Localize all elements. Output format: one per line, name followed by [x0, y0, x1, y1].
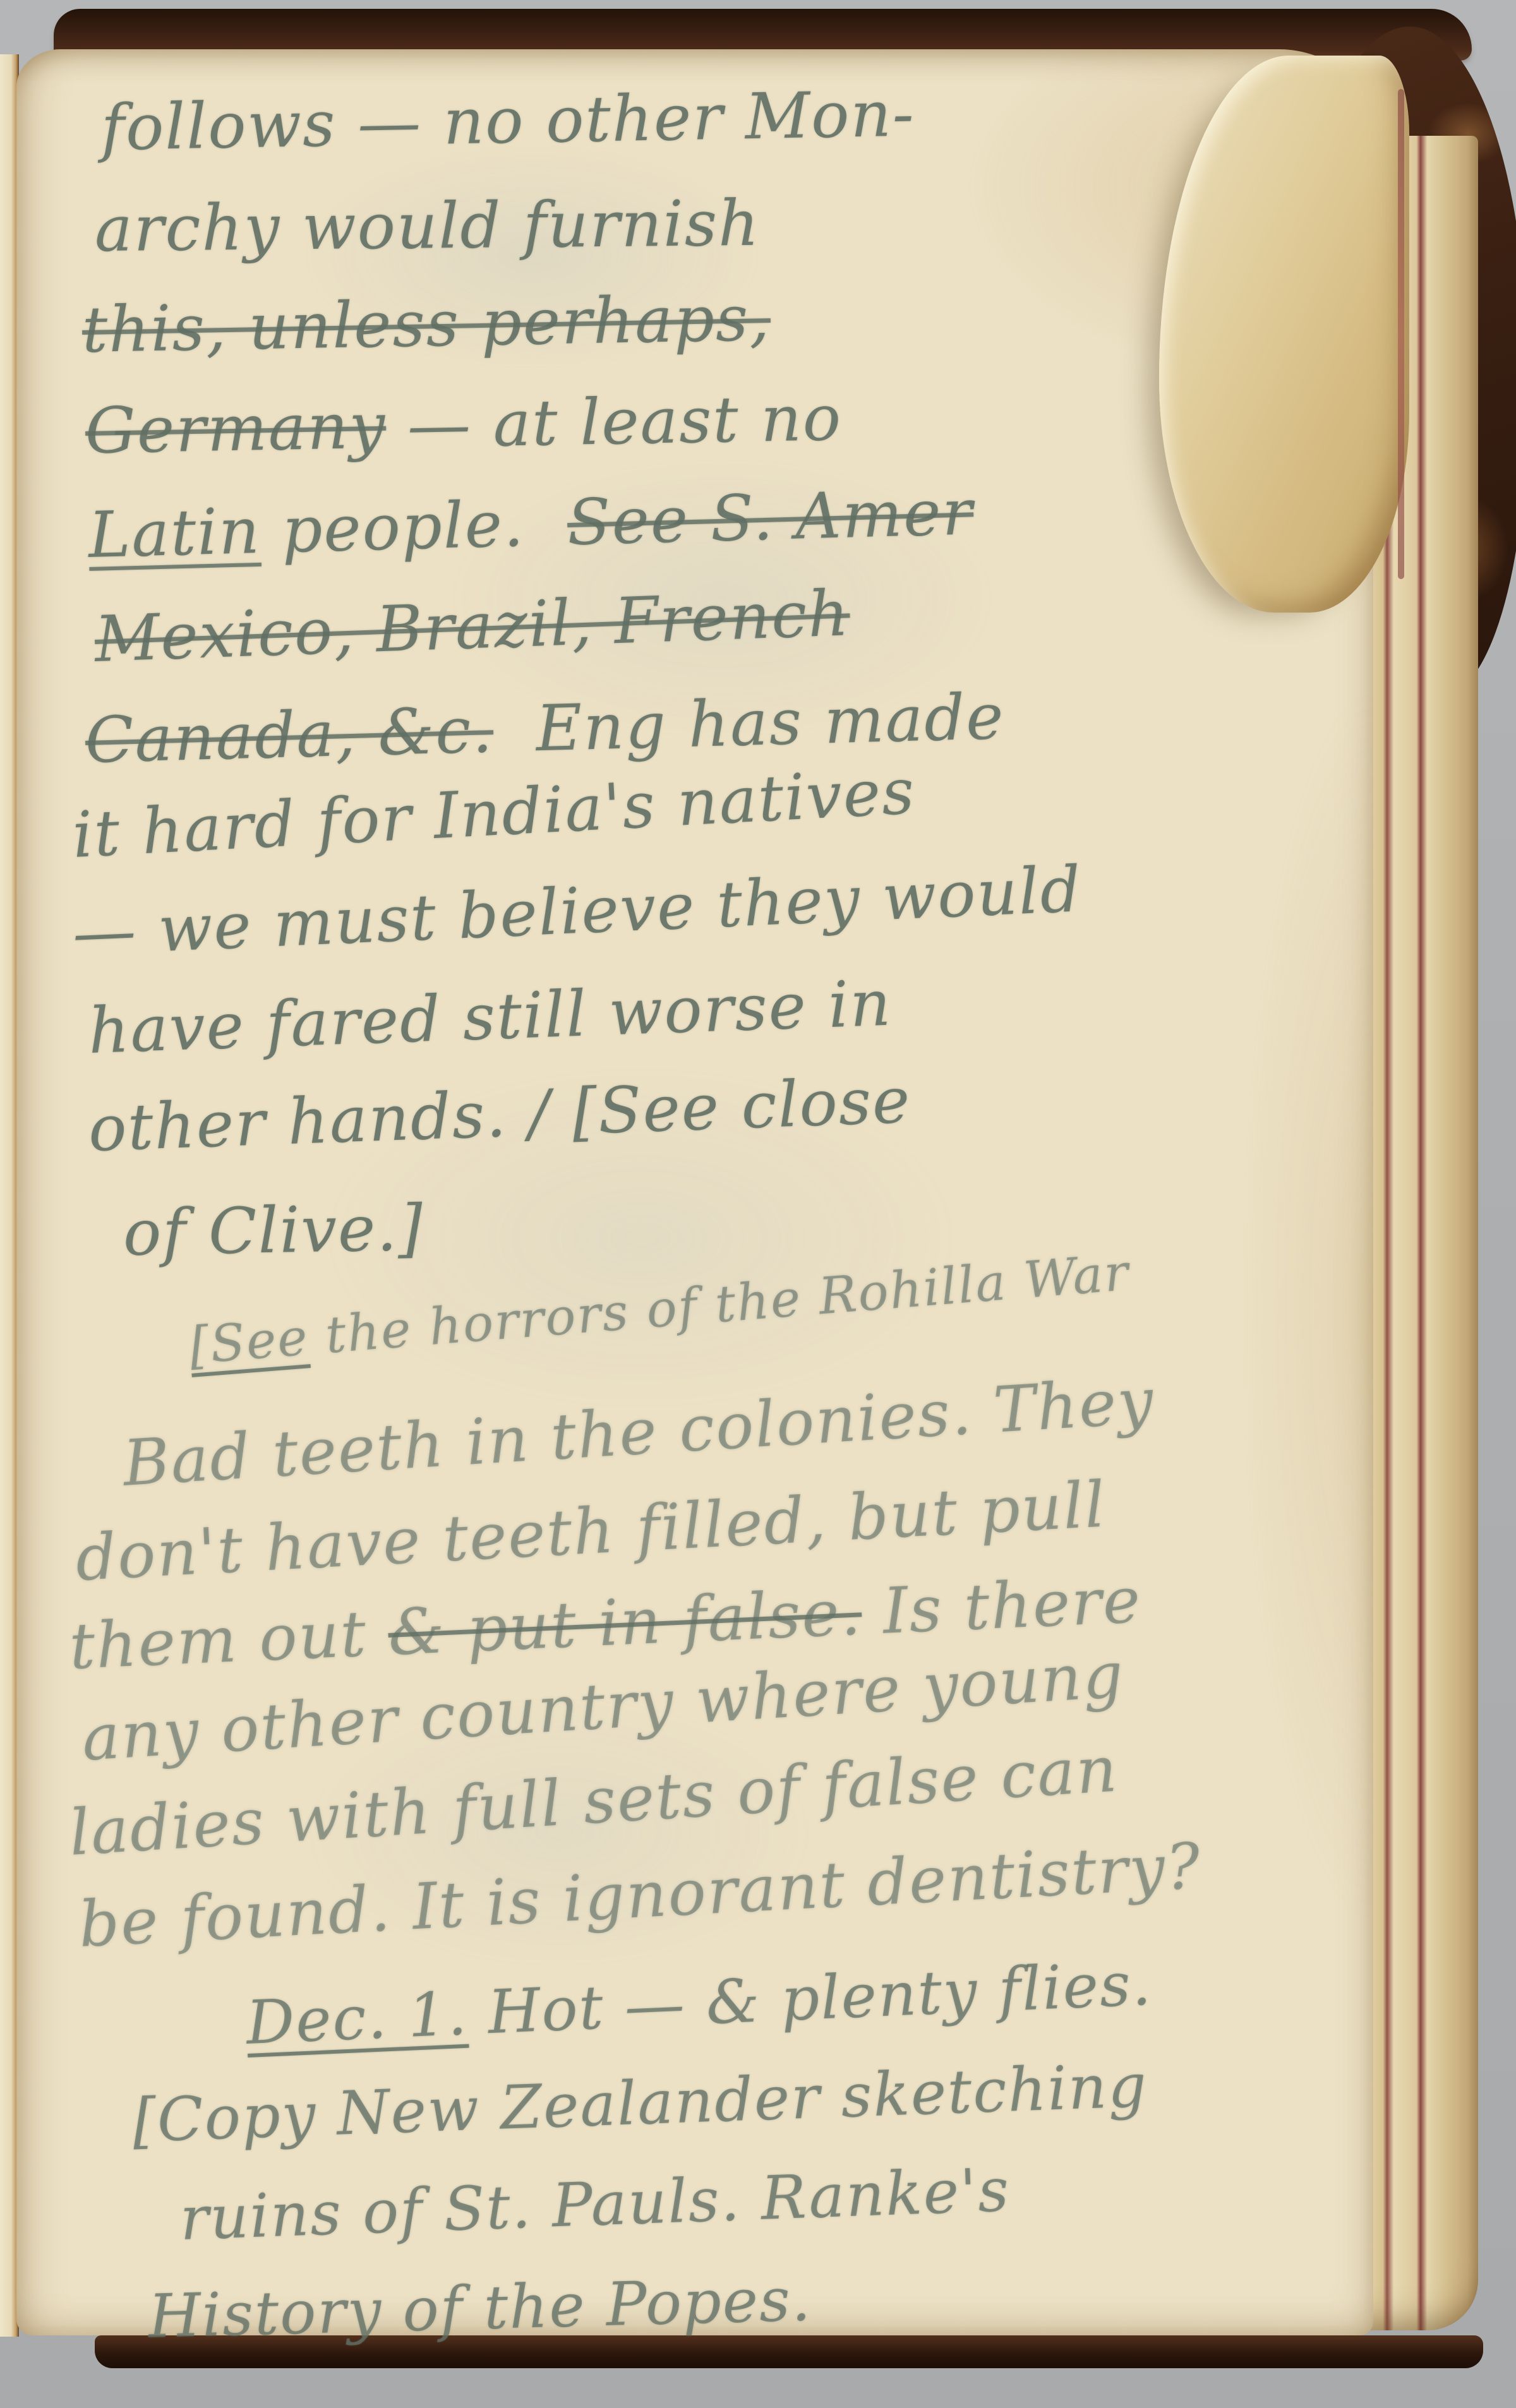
struck-text: Germany — [85, 389, 387, 468]
handwritten-text: ruins of St. Pauls. Ranke's — [179, 2155, 1011, 2254]
handwritten-text: other hands. / [See close — [87, 1063, 912, 1166]
handwritten-text: people. — [260, 486, 568, 568]
underlined-text: Latin — [87, 494, 262, 572]
handwritten-text: Eng has made — [492, 680, 1005, 767]
handwritten-line: [Copy New Zealander sketching — [131, 2055, 1148, 2153]
handwritten-text: archy would furnish — [94, 186, 760, 266]
handwritten-text: have fared still worse in — [87, 966, 893, 1068]
struck-text: this, unless perhaps, — [81, 281, 771, 367]
struck-text: See S. Amer — [567, 475, 975, 560]
handwritten-text: — at least no — [385, 381, 843, 463]
handwritten-text: them out — [68, 1596, 390, 1684]
handwritten-text: of Clive.] — [123, 1191, 424, 1270]
handwritten-line: — we must believe they would — [71, 856, 1083, 966]
handwritten-text: Hot — & plenty flies. — [466, 1949, 1153, 2048]
handwritten-text: — we must believe they would — [71, 852, 1083, 970]
handwritten-line: have fared still worse in — [87, 970, 893, 1064]
handwritten-line: other hands. / [See close — [87, 1067, 912, 1162]
underlined-text: Dec. 1. — [245, 1979, 469, 2058]
handwritten-text: the horrors of the Rohilla War — [306, 1243, 1131, 1366]
handwritten-line: Latin people. See S. Amer — [88, 479, 975, 568]
handwritten-line: follows — no other Mon- — [100, 81, 915, 161]
handwritten-text: [Copy New Zealander sketching — [131, 2051, 1149, 2156]
handwritten-line: Dec. 1. Hot — & plenty flies. — [245, 1953, 1153, 2055]
handwritten-line: archy would furnish — [95, 190, 761, 262]
handwritten-text: Is there — [860, 1563, 1143, 1649]
handwritten-line: Mexico, Brazil, French — [93, 580, 851, 673]
handwritten-line: Germany — at least no — [85, 385, 843, 464]
handwritten-line: ruins of St. Pauls. Ranke's — [179, 2159, 1011, 2251]
handwritten-line: it hard for India's natives — [71, 758, 917, 868]
struck-text: & put in false. — [387, 1575, 863, 1670]
struck-text: Mexico, Brazil, French — [93, 576, 851, 676]
handwritten-text: follows — no other Mon- — [100, 77, 915, 165]
handwritten-line: this, unless perhaps, — [81, 285, 771, 363]
struck-text: Canada, &c. — [84, 693, 494, 777]
underlined-text: [See — [187, 1307, 310, 1375]
handwritten-line: of Clive.] — [123, 1195, 424, 1266]
